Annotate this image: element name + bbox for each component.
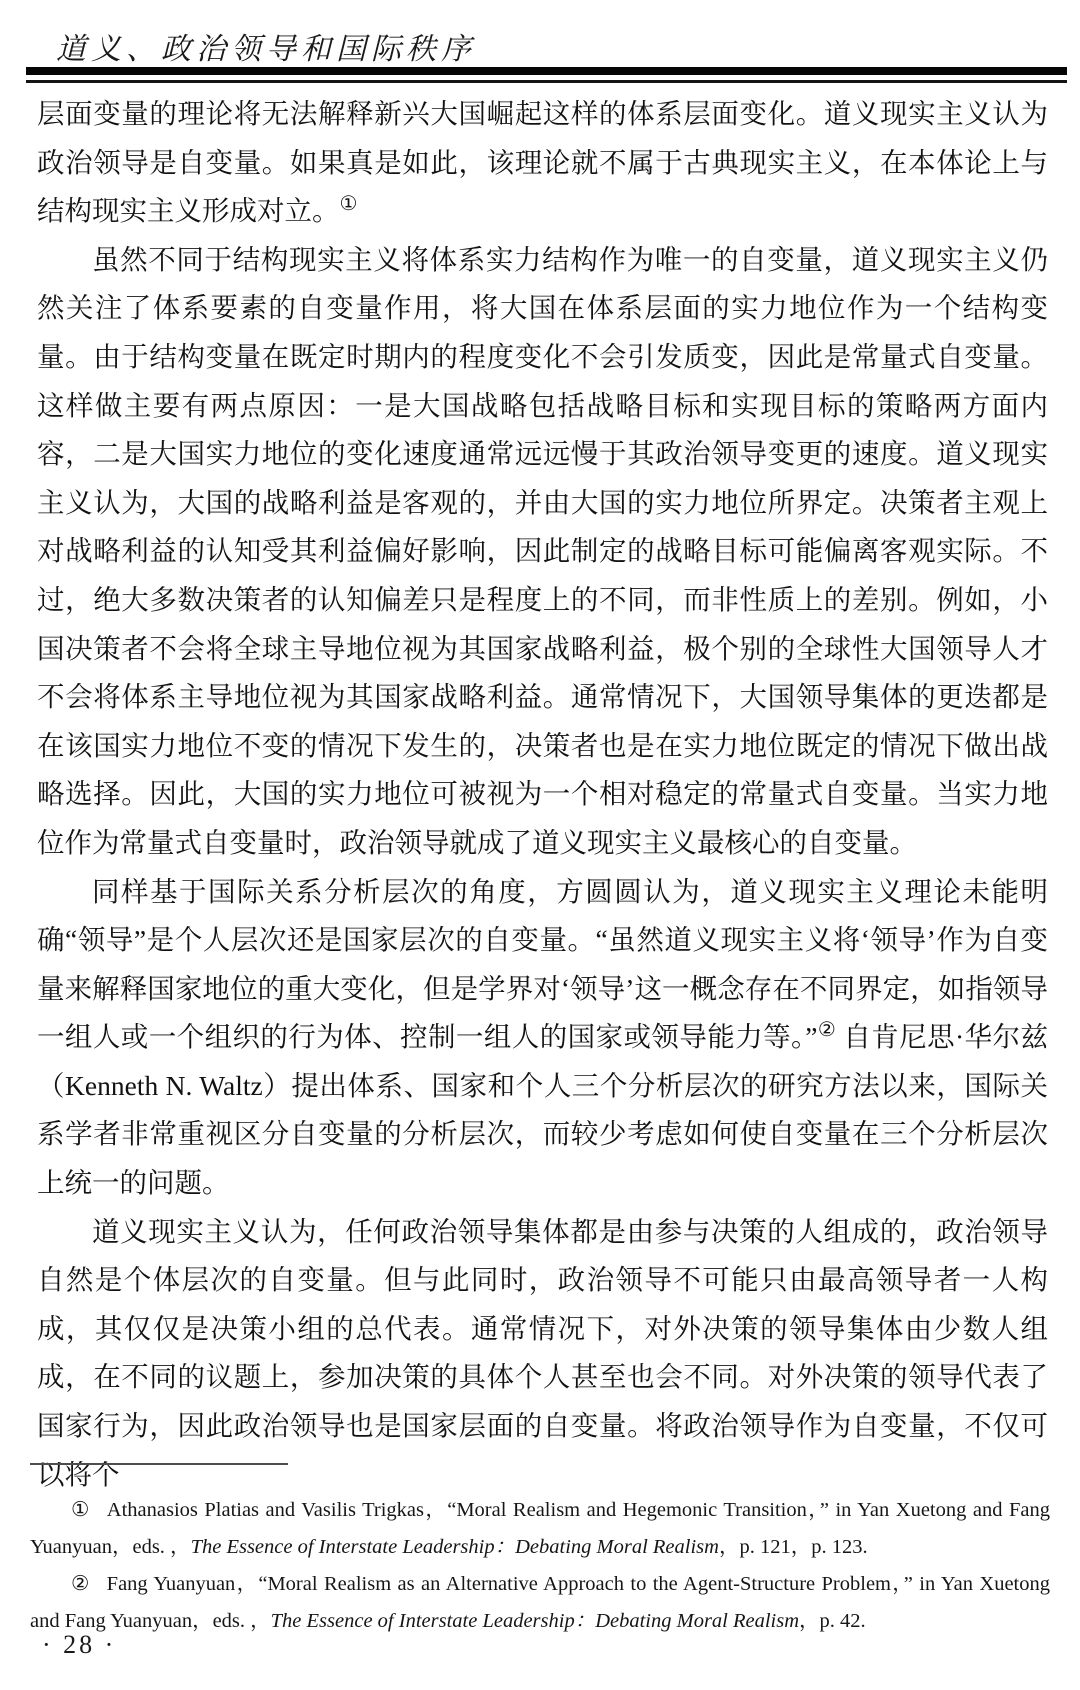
paragraph-1-text: 层面变量的理论将无法解释新兴大国崛起这样的体系层面变化。道义现实主义认为政治领导… (37, 98, 1048, 226)
paragraph-1: 层面变量的理论将无法解释新兴大国崛起这样的体系层面变化。道义现实主义认为政治领导… (37, 90, 1048, 236)
footnote-2-pages: ，p. 42. (799, 1610, 866, 1632)
body-text: 层面变量的理论将无法解释新兴大国崛起这样的体系层面变化。道义现实主义认为政治领导… (37, 90, 1048, 1499)
page-number: · 28 · (42, 1630, 116, 1660)
book-page: 道义、政治领导和国际秩序 层面变量的理论将无法解释新兴大国崛起这样的体系层面变化… (0, 0, 1080, 1690)
footnote-1-marker: ① (71, 1499, 91, 1521)
footnote-1-book-title: The Essence of Interstate Leadership：Deb… (191, 1536, 719, 1558)
footnote-2: ②Fang Yuanyuan，“Moral Realism as an Alte… (30, 1566, 1050, 1640)
footnote-ref-2: ② (817, 1019, 836, 1041)
footnote-separator (30, 1463, 288, 1465)
paragraph-2-text: 虽然不同于结构现实主义将体系实力结构作为唯一的自变量，道义现实主义仍然关注了体系… (37, 244, 1048, 858)
footnote-2-marker: ② (71, 1573, 91, 1595)
paragraph-4-text: 道义现实主义认为，任何政治领导集体都是由参与决策的人组成的，政治领导自然是个体层… (37, 1216, 1048, 1490)
footnote-2-book-title: The Essence of Interstate Leadership：Deb… (271, 1610, 799, 1632)
paragraph-3: 同样基于国际关系分析层次的角度，方圆圆认为，道义现实主义理论未能明确“领导”是个… (37, 868, 1048, 1208)
footnote-ref-1: ① (340, 193, 358, 215)
footnote-1: ①Athanasios Platias and Vasilis Trigkas，… (30, 1492, 1050, 1566)
header-rule-thin (26, 80, 1067, 83)
footnotes-section: ①Athanasios Platias and Vasilis Trigkas，… (30, 1463, 1050, 1640)
running-header-title: 道义、政治领导和国际秩序 (56, 24, 476, 68)
paragraph-4: 道义现实主义认为，任何政治领导集体都是由参与决策的人组成的，政治领导自然是个体层… (37, 1208, 1048, 1500)
header-rule-thick (26, 67, 1067, 75)
footnote-1-pages: ，p. 121，p. 123. (719, 1536, 868, 1558)
paragraph-2: 虽然不同于结构现实主义将体系实力结构作为唯一的自变量，道义现实主义仍然关注了体系… (37, 236, 1048, 868)
